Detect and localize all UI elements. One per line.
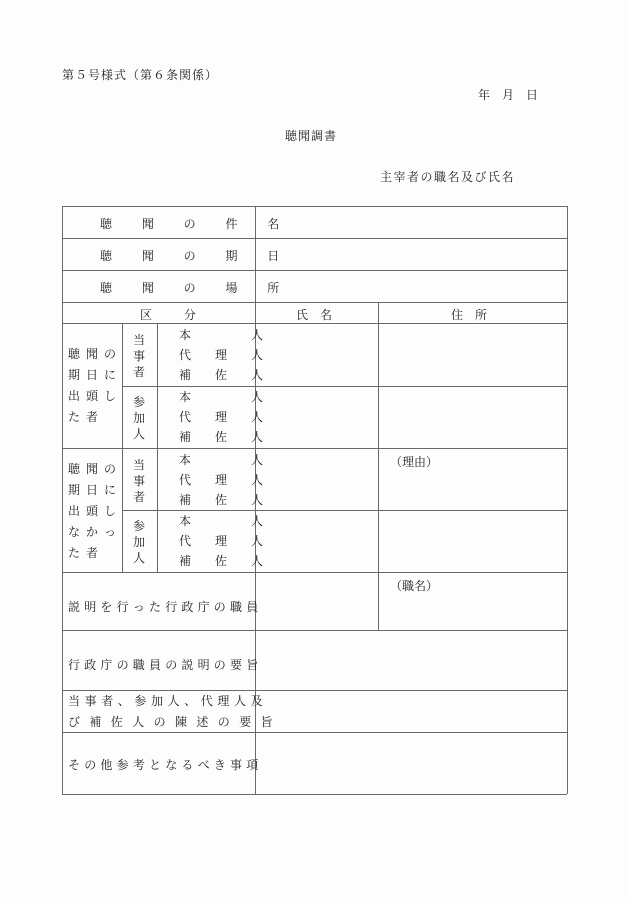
name-header: 氏 名	[296, 306, 332, 323]
role-char: 代	[179, 470, 191, 490]
attended-participant-address-field[interactable]	[379, 387, 566, 448]
attended-participant-name-field[interactable]	[256, 387, 377, 448]
group-column-divider	[122, 323, 123, 572]
date-line: 年 月 日	[478, 86, 538, 103]
role-char: 佐	[215, 551, 227, 571]
role-char: 佐	[215, 490, 227, 510]
type-column-divider	[157, 323, 158, 572]
document-title: 聴聞調書	[285, 127, 337, 144]
label-line: た者	[68, 407, 122, 428]
not-attended-participant-address-field[interactable]	[379, 511, 566, 572]
role-char: 理	[215, 345, 227, 365]
label-line: 当事者、参加人、代理人及	[68, 691, 282, 712]
role-char: 代	[179, 345, 191, 365]
statement-summary-field[interactable]	[256, 691, 566, 732]
role-char: 代	[179, 531, 191, 551]
official-summary-label: 行政庁の職員の説明の要旨	[68, 656, 262, 673]
participant-roles: 本人 代理人 補佐人	[179, 511, 263, 571]
role-char: 本	[179, 450, 191, 470]
participant-label: 参加人	[132, 394, 146, 442]
category-header: 区 分	[140, 306, 210, 323]
role-char: 補	[179, 427, 191, 447]
other-matters-field[interactable]	[256, 733, 566, 794]
role-char: 本	[179, 325, 191, 345]
form-number-label: 第５号様式（第６条関係）	[62, 66, 218, 83]
label-line: 期日に	[68, 480, 122, 501]
hearing-record-table: 聴 聞 の 件 名 聴 聞 の 期 日 聴 聞 の 場 所 区 分 氏 名 住 …	[62, 206, 567, 794]
official-summary-field[interactable]	[256, 631, 566, 690]
role-char: 佐	[215, 365, 227, 385]
role-char: 代	[179, 407, 191, 427]
party-roles: 本人 代理人 補佐人	[179, 450, 263, 510]
hearing-place-field[interactable]	[256, 271, 566, 302]
role-char: 本	[179, 387, 191, 407]
table-border-bottom	[62, 794, 567, 795]
participant-label: 参加人	[132, 518, 146, 566]
role-char: 補	[179, 490, 191, 510]
official-label: 説明を行った行政庁の職員	[68, 598, 262, 615]
label-line: び補佐人の陳述の要旨	[68, 712, 282, 733]
table-border-right	[567, 206, 568, 794]
attended-party-name-field[interactable]	[256, 324, 377, 386]
attended-party-address-field[interactable]	[379, 324, 566, 386]
role-char: 佐	[215, 427, 227, 447]
role-char: 本	[179, 511, 191, 531]
statement-label: 当事者、参加人、代理人及 び補佐人の陳述の要旨	[68, 691, 282, 733]
case-name-field[interactable]	[256, 207, 566, 238]
official-name-field[interactable]	[256, 573, 377, 630]
address-header: 住 所	[451, 306, 487, 323]
role-char: 理	[215, 531, 227, 551]
hearing-date-field[interactable]	[256, 239, 566, 270]
label-line: 聴聞の	[68, 459, 122, 480]
label-line: 出頭し	[68, 386, 122, 407]
official-position-field[interactable]	[379, 573, 566, 630]
other-matters-label: その他参考となるべき事項	[68, 756, 262, 773]
label-line: 聴聞の	[68, 344, 122, 365]
row-divider	[62, 302, 567, 303]
not-attended-party-name-field[interactable]	[256, 449, 377, 510]
party-label: 当事者	[132, 332, 146, 380]
label-line: 期日に	[68, 365, 122, 386]
not-attended-reason-field[interactable]	[379, 449, 566, 510]
label-line: 出頭し	[68, 501, 122, 522]
role-char: 理	[215, 407, 227, 427]
presider-name-label: 主宰者の職名及び氏名	[380, 168, 515, 185]
not-attended-group-label: 聴聞の 期日に 出頭し なかっ た者	[68, 459, 122, 564]
attended-group-label: 聴聞の 期日に 出頭し た者	[68, 344, 122, 428]
party-label: 当事者	[132, 457, 146, 505]
label-line: た者	[68, 543, 122, 564]
role-char: 理	[215, 470, 227, 490]
participant-roles: 本人 代理人 補佐人	[179, 387, 263, 447]
role-char: 補	[179, 365, 191, 385]
party-roles: 本人 代理人 補佐人	[179, 325, 263, 385]
role-char: 補	[179, 551, 191, 571]
table-border-left	[62, 206, 63, 794]
label-line: なかっ	[68, 522, 122, 543]
not-attended-participant-name-field[interactable]	[256, 511, 377, 572]
